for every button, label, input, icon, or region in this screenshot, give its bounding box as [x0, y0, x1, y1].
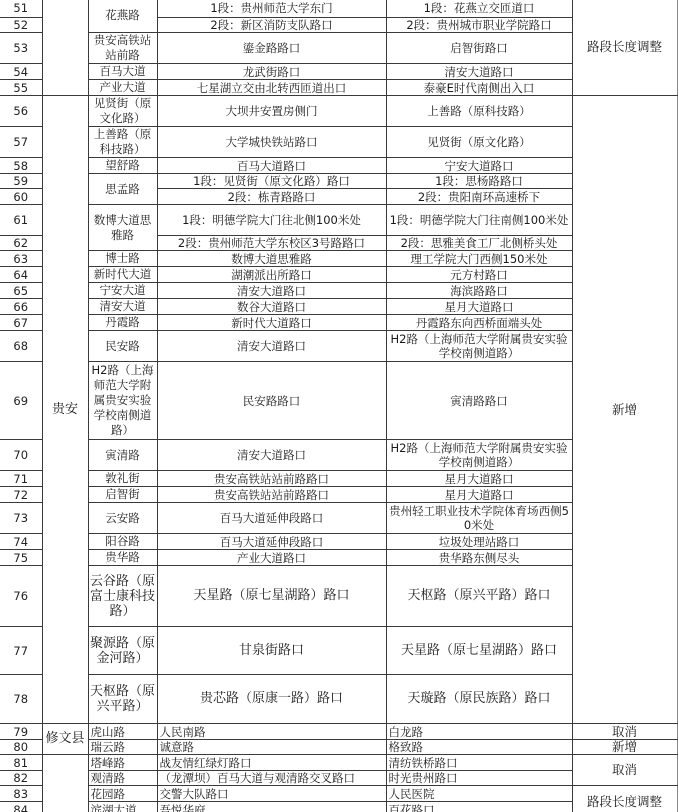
road-name: 启智街	[88, 487, 157, 503]
row-number: 79	[0, 724, 42, 740]
road-name: 聚源路（原金河路）	[88, 627, 157, 675]
start-point: 龙武街路口	[157, 64, 386, 80]
road-name: 观清路	[88, 771, 157, 786]
table-row: 79 修文县 虎山路 人民南路 白龙路 取消	[0, 724, 677, 740]
road-name: 清安大道	[88, 299, 157, 315]
end-point: 清纺铁桥路口	[386, 755, 572, 771]
road-name: 博士路	[88, 251, 157, 267]
row-number: 82	[0, 771, 42, 786]
row-number: 61	[0, 205, 42, 236]
end-point: 格致路	[386, 740, 572, 755]
road-name: 望舒路	[88, 158, 157, 174]
end-point: 贵华路东侧尽头	[386, 550, 572, 566]
note-cell: 路段长度调整	[572, 0, 677, 96]
start-point: 2段：贵州师范大学东校区3号路路口	[157, 236, 386, 251]
row-number: 73	[0, 503, 42, 534]
row-number: 68	[0, 331, 42, 362]
row-number: 80	[0, 740, 42, 755]
start-point: 七星湖立交由北转西匝道出口	[157, 80, 386, 96]
end-point: 启智街路口	[386, 33, 572, 64]
end-point: 元方村路口	[386, 267, 572, 283]
row-number: 52	[0, 18, 42, 33]
road-name: 寅清路	[88, 440, 157, 471]
table-row: 51 花燕路 1段：贵州师范大学东门 1段：花燕立交匝道口 路段长度调整	[0, 0, 677, 18]
table-row: 80 瑞云路 诚意路 格致路 新增	[0, 740, 677, 755]
start-point: 大坝井安置房侧门	[157, 96, 386, 127]
start-point: 数博大道思雅路	[157, 251, 386, 267]
row-number: 55	[0, 80, 42, 96]
row-number: 66	[0, 299, 42, 315]
row-number: 70	[0, 440, 42, 471]
road-name: 阳谷路	[88, 534, 157, 550]
end-point: 1段：思杨路路口	[386, 174, 572, 189]
row-number: 74	[0, 534, 42, 550]
row-number: 72	[0, 487, 42, 503]
road-name: 数博大道思雅路	[88, 205, 157, 251]
row-number: 64	[0, 267, 42, 283]
start-point: 吾悦华府	[157, 802, 386, 812]
road-name: 新时代大道	[88, 267, 157, 283]
end-point: 百花路口	[386, 802, 572, 812]
note-cell: 新增	[572, 96, 677, 724]
region-cell-xiuwen: 修文县	[42, 724, 88, 755]
row-number: 76	[0, 566, 42, 627]
end-point: 1段：明德学院大门往南侧100米处	[386, 205, 572, 236]
start-point: 大学城快铁站路口	[157, 127, 386, 158]
start-point: 交警大队路口	[157, 786, 386, 802]
row-number: 58	[0, 158, 42, 174]
region-cell-guian: 贵安	[42, 96, 88, 724]
row-number: 51	[0, 0, 42, 18]
road-name: 花园路	[88, 786, 157, 802]
road-name: 贵安高铁站站前路	[88, 33, 157, 64]
end-point: 海滨路路口	[386, 283, 572, 299]
road-name: 见贤街（原文化路）	[88, 96, 157, 127]
start-point: 天星路（原七星湖路）路口	[157, 566, 386, 627]
start-point: 贵芯路（原康一路）路口	[157, 675, 386, 724]
end-point: 1段：花燕立交匝道口	[386, 0, 572, 18]
row-number: 53	[0, 33, 42, 64]
end-point: 上善路（原科技路）	[386, 96, 572, 127]
end-point: 见贤街（原文化路）	[386, 127, 572, 158]
end-point: 天星路（原七星湖路）路口	[386, 627, 572, 675]
row-number: 56	[0, 96, 42, 127]
row-number: 78	[0, 675, 42, 724]
end-point: 星月大道路口	[386, 471, 572, 487]
road-name: 滨湖大道	[88, 802, 157, 812]
start-point: 2段：新区消防支队路口	[157, 18, 386, 33]
end-point: 天璇路（原民族路）路口	[386, 675, 572, 724]
road-name: 产业大道	[88, 80, 157, 96]
road-name: H2路（上海师范大学附属贵安实验学校南侧道路）	[88, 362, 157, 440]
row-number: 65	[0, 283, 42, 299]
end-point: 丹霞路东向西桥面端头处	[386, 315, 572, 331]
road-name: 天枢路（原兴平路）	[88, 675, 157, 724]
row-number: 69	[0, 362, 42, 440]
road-name: 民安路	[88, 331, 157, 362]
end-point: 白龙路	[386, 724, 572, 740]
row-number: 81	[0, 755, 42, 771]
row-number: 83	[0, 786, 42, 802]
road-name: 贵华路	[88, 550, 157, 566]
start-point: 战友情红绿灯路口	[157, 755, 386, 771]
note-cell: 取消	[572, 724, 677, 740]
note-cell: 新增	[572, 740, 677, 755]
start-point: 1段：明德学院大门往北侧100米处	[157, 205, 386, 236]
road-list-table: 51 花燕路 1段：贵州师范大学东门 1段：花燕立交匝道口 路段长度调整 52 …	[0, 0, 678, 812]
start-point: 清安大道路口	[157, 440, 386, 471]
row-number: 60	[0, 189, 42, 205]
road-name: 上善路（原科技路）	[88, 127, 157, 158]
end-point: 垃圾处理站路口	[386, 534, 572, 550]
row-number: 77	[0, 627, 42, 675]
table-row: 56 贵安 见贤街（原文化路） 大坝井安置房侧门 上善路（原科技路） 新增	[0, 96, 677, 127]
end-point: 理工学院大门西侧150米处	[386, 251, 572, 267]
start-point: 民安路路口	[157, 362, 386, 440]
start-point: 清安大道路口	[157, 283, 386, 299]
row-number: 84	[0, 802, 42, 812]
end-point: H2路（上海师范大学附属贵安实验学校南侧道路）	[386, 331, 572, 362]
row-number: 54	[0, 64, 42, 80]
road-name: 宁安大道	[88, 283, 157, 299]
end-point: 贵州轻工职业技术学院体育场西侧50米处	[386, 503, 572, 534]
road-name: 思孟路	[88, 174, 157, 205]
start-point: 数谷大道路口	[157, 299, 386, 315]
row-number: 57	[0, 127, 42, 158]
end-point: 2段：贵州城市职业学院路口	[386, 18, 572, 33]
start-point: 1段：贵州师范大学东门	[157, 0, 386, 18]
start-point: 百马大道延伸段路口	[157, 534, 386, 550]
end-point: 清安大道路口	[386, 64, 572, 80]
road-list-table-sheet: 51 花燕路 1段：贵州师范大学东门 1段：花燕立交匝道口 路段长度调整 52 …	[0, 0, 677, 812]
start-point: 鎏金路路口	[157, 33, 386, 64]
start-point: 1段：见贤街（原文化路）路口	[157, 174, 386, 189]
start-point: （龙潭坝）百马大道与观清路交叉路口	[157, 771, 386, 786]
start-point: 百马大道路口	[157, 158, 386, 174]
end-point: 天枢路（原兴平路）路口	[386, 566, 572, 627]
road-name: 花燕路	[88, 0, 157, 33]
end-point: 人民医院	[386, 786, 572, 802]
row-number: 67	[0, 315, 42, 331]
note-cell: 取消	[572, 755, 677, 786]
end-point: 星月大道路口	[386, 299, 572, 315]
start-point: 贵安高铁站站前路路口	[157, 487, 386, 503]
start-point: 湖潮派出所路口	[157, 267, 386, 283]
region-cell	[42, 755, 88, 812]
row-number: 63	[0, 251, 42, 267]
row-number: 75	[0, 550, 42, 566]
end-point: 时光贵州路口	[386, 771, 572, 786]
row-number: 59	[0, 174, 42, 189]
end-point: 宁安大道路口	[386, 158, 572, 174]
road-name: 虎山路	[88, 724, 157, 740]
end-point: 寅清路路口	[386, 362, 572, 440]
end-point: 星月大道路口	[386, 487, 572, 503]
region-cell	[42, 0, 88, 96]
start-point: 甘泉街路口	[157, 627, 386, 675]
end-point: H2路（上海师范大学附属贵安实验学校南侧道路）	[386, 440, 572, 471]
road-name: 云安路	[88, 503, 157, 534]
table-row: 81 塔峰路 战友情红绿灯路口 清纺铁桥路口 取消	[0, 755, 677, 771]
start-point: 贵安高铁站站前路路口	[157, 471, 386, 487]
row-number: 62	[0, 236, 42, 251]
end-point: 2段：思雅美食工厂北侧桥头处	[386, 236, 572, 251]
start-point: 2段：栋青路路口	[157, 189, 386, 205]
start-point: 诚意路	[157, 740, 386, 755]
road-name: 塔峰路	[88, 755, 157, 771]
note-cell: 路段长度调整	[572, 786, 677, 812]
road-name: 敦礼街	[88, 471, 157, 487]
start-point: 清安大道路口	[157, 331, 386, 362]
road-name: 云谷路（原富士康科技路）	[88, 566, 157, 627]
start-point: 人民南路	[157, 724, 386, 740]
end-point: 泰豪E时代南侧出入口	[386, 80, 572, 96]
road-name: 丹霞路	[88, 315, 157, 331]
table-row: 83 花园路 交警大队路口 人民医院 路段长度调整	[0, 786, 677, 802]
start-point: 产业大道路口	[157, 550, 386, 566]
road-name: 瑞云路	[88, 740, 157, 755]
end-point: 2段：贵阳南环高速桥下	[386, 189, 572, 205]
start-point: 百马大道延伸段路口	[157, 503, 386, 534]
start-point: 新时代大道路口	[157, 315, 386, 331]
road-name: 百马大道	[88, 64, 157, 80]
row-number: 71	[0, 471, 42, 487]
